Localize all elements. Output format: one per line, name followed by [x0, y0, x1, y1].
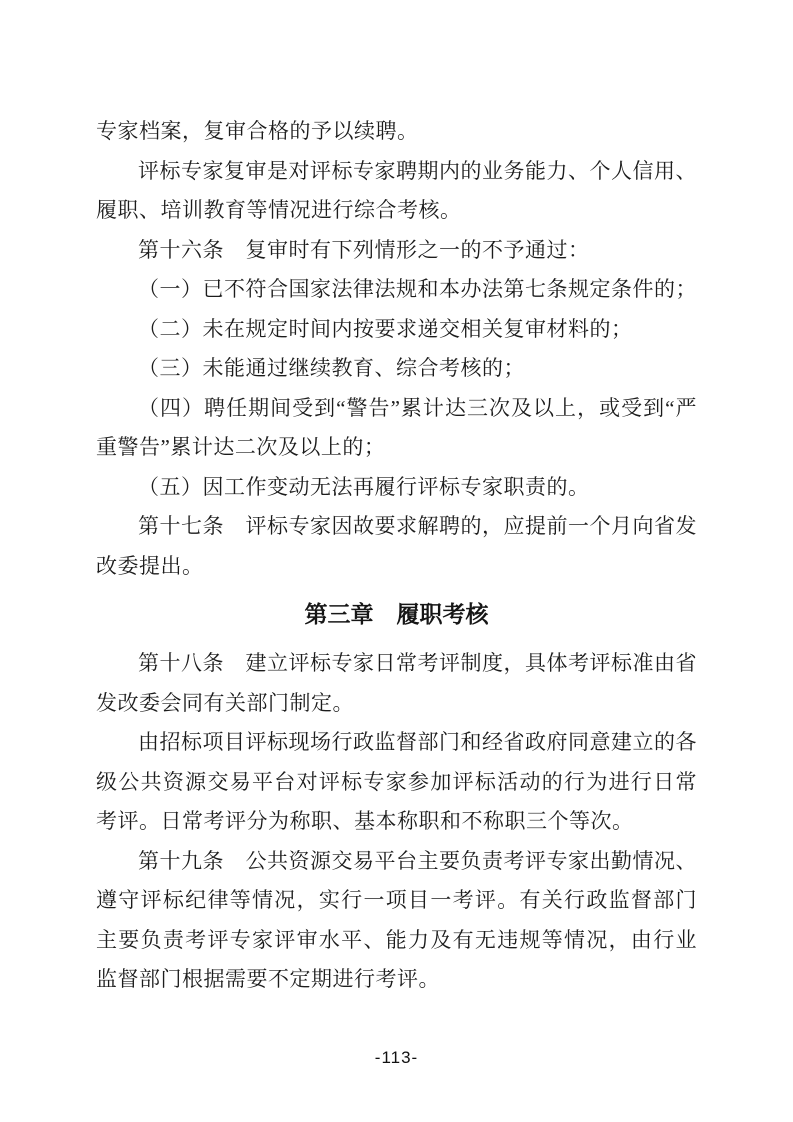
- paragraph: （三）未能通过继续教育、综合考核的；: [96, 349, 697, 389]
- chapter-heading: 第三章 履职考核: [96, 595, 697, 635]
- paragraph: （一）已不符合国家法律法规和本办法第七条规定条件的；: [96, 270, 697, 310]
- page-number: -113-: [0, 1048, 793, 1068]
- paragraph: （四）聘任期间受到“警告”累计达三次及以上，或受到“严重警告”累计达二次及以上的…: [96, 389, 697, 468]
- paragraph: （五）因工作变动无法再履行评标专家职责的。: [96, 468, 697, 508]
- paragraph: 第十八条 建立评标专家日常考评制度，具体考评标准由省发改委会同有关部门制定。: [96, 644, 697, 723]
- paragraph: 第十六条 复审时有下列情形之一的不予通过：: [96, 231, 697, 271]
- paragraph: 由招标项目评标现场行政监督部门和经省政府同意建立的各级公共资源交易平台对评标专家…: [96, 723, 697, 842]
- paragraph: 专家档案，复审合格的予以续聘。: [96, 112, 697, 152]
- paragraph: 第十七条 评标专家因故要求解聘的，应提前一个月向省发改委提出。: [96, 507, 697, 586]
- paragraph: 第十九条 公共资源交易平台主要负责考评专家出勤情况、遵守评标纪律等情况，实行一项…: [96, 842, 697, 1000]
- paragraph: （二）未在规定时间内按要求递交相关复审材料的；: [96, 310, 697, 350]
- document-page: 专家档案，复审合格的予以续聘。评标专家复审是对评标专家聘期内的业务能力、个人信用…: [0, 0, 793, 1122]
- body-text: 专家档案，复审合格的予以续聘。评标专家复审是对评标专家聘期内的业务能力、个人信用…: [96, 112, 697, 1000]
- paragraph: 评标专家复审是对评标专家聘期内的业务能力、个人信用、履职、培训教育等情况进行综合…: [96, 152, 697, 231]
